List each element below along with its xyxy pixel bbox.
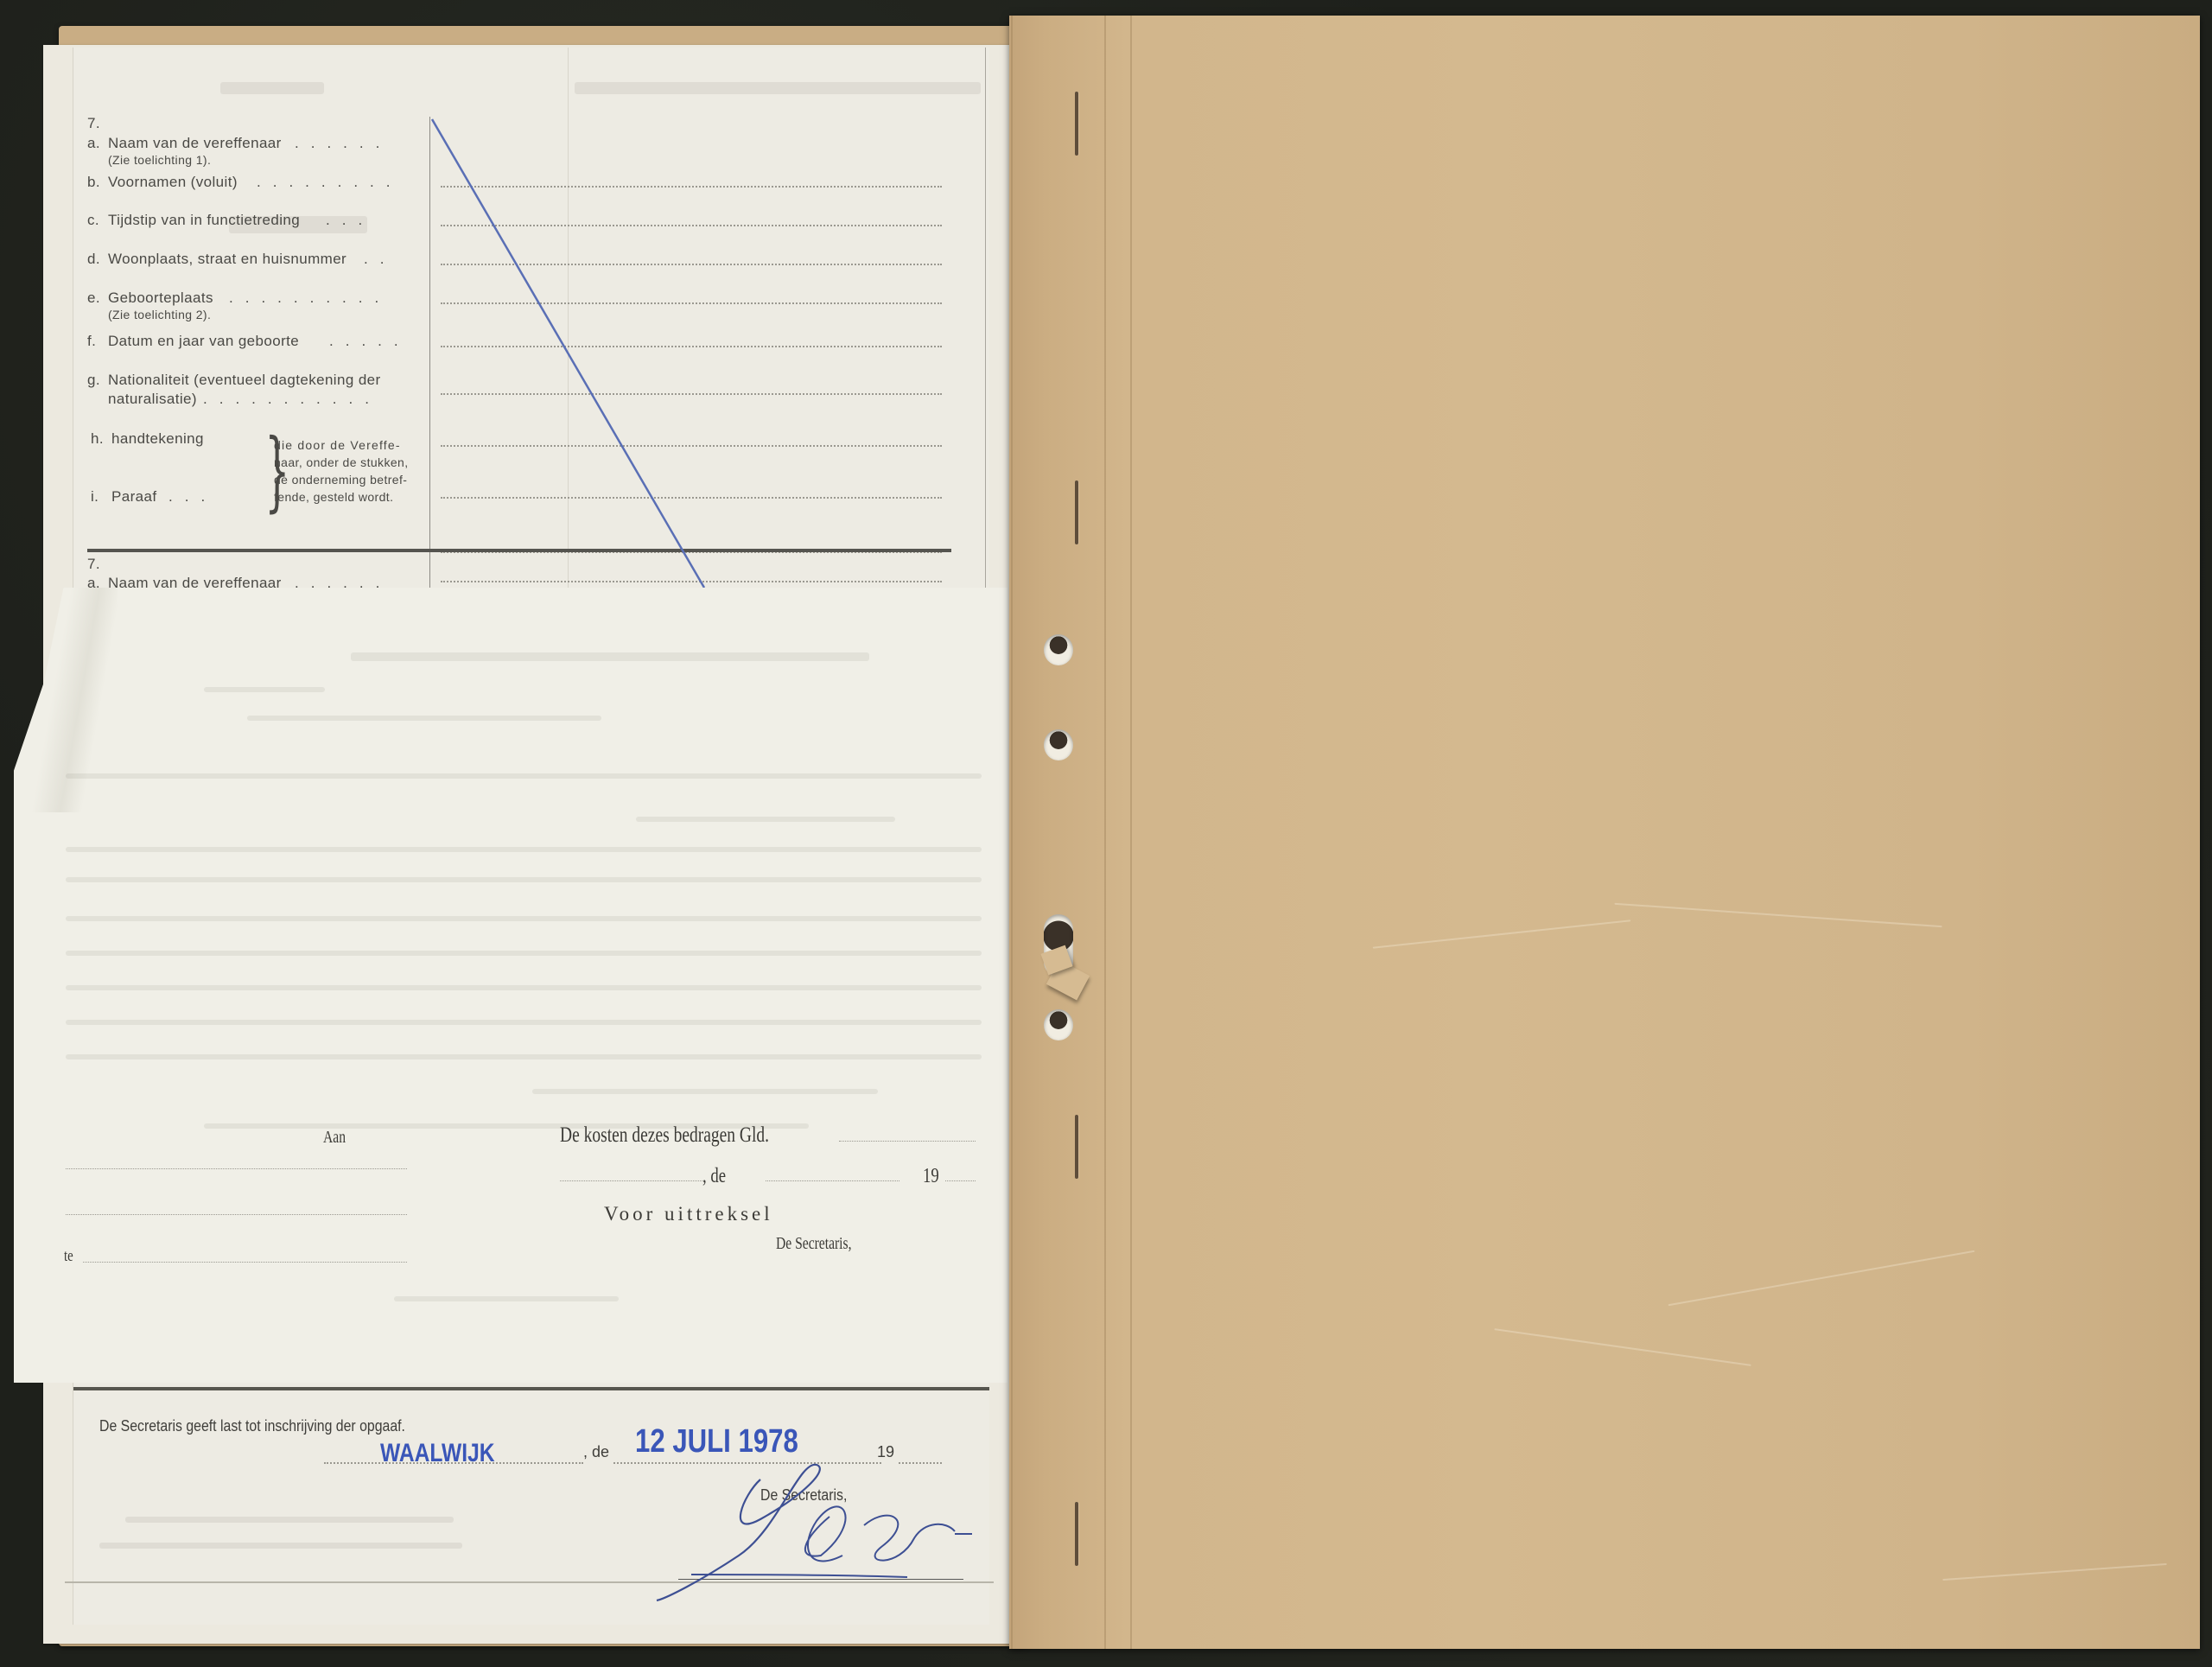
item-e-note: (Zie toelichting 2). bbox=[108, 308, 211, 321]
field-g-line[interactable] bbox=[441, 445, 942, 447]
leader-dots: ........... bbox=[203, 391, 381, 408]
item-h-letter: h. bbox=[91, 430, 104, 448]
leader-dots: ... bbox=[326, 212, 374, 229]
fold-line bbox=[1011, 16, 1013, 1649]
date-separator: , de bbox=[702, 1165, 726, 1188]
fold-line bbox=[1104, 16, 1106, 1649]
leader-dots: ......... bbox=[257, 174, 403, 191]
brace-note-4: fende, gesteld wordt. bbox=[274, 490, 393, 504]
ghost-line bbox=[99, 1543, 462, 1549]
extract-letter-sheet: Aan te De kosten dezes bedragen Gld. , d… bbox=[14, 588, 1007, 1383]
registration-date-sep: , de bbox=[583, 1443, 609, 1461]
year-line[interactable] bbox=[899, 1462, 942, 1464]
secretaris-label: De Secretaris, bbox=[776, 1234, 851, 1254]
ghost-line bbox=[66, 847, 982, 852]
item-g-label-line2: naturalisatie) bbox=[108, 391, 197, 408]
ghost-header bbox=[575, 82, 981, 94]
column-divider bbox=[429, 117, 430, 609]
date-stamp: 12 JULI 1978 bbox=[635, 1423, 798, 1460]
field-d-line[interactable] bbox=[441, 302, 942, 304]
field-b-line[interactable] bbox=[441, 225, 942, 226]
place-field-line[interactable] bbox=[560, 1180, 702, 1181]
registration-instruction: De Secretaris geeft last tot inschrijvin… bbox=[99, 1417, 405, 1435]
punch-hole bbox=[1044, 634, 1073, 665]
field-h-line[interactable] bbox=[441, 497, 942, 499]
paper-crease bbox=[1373, 919, 1631, 948]
date-line[interactable] bbox=[613, 1462, 881, 1464]
ghost-line bbox=[66, 916, 982, 921]
item-a-label: Naam van de vereffenaar bbox=[108, 135, 282, 152]
address-line-1[interactable] bbox=[66, 1168, 407, 1169]
leader-dots: ...... bbox=[295, 135, 391, 152]
year-prefix: 19 bbox=[923, 1165, 939, 1188]
costs-label: De kosten dezes bedragen Gld. bbox=[560, 1123, 769, 1148]
staple-upper bbox=[1075, 480, 1078, 544]
staple-lower bbox=[1075, 1115, 1078, 1179]
item-g-label: Nationaliteit (eventueel dagtekening der bbox=[108, 372, 381, 389]
ghost-line bbox=[66, 985, 982, 990]
ghost-line bbox=[247, 716, 601, 721]
costs-amount-line[interactable] bbox=[839, 1141, 976, 1142]
leader-dots: ... bbox=[168, 488, 217, 506]
item-d-label: Woonplaats, straat en huisnummer bbox=[108, 251, 346, 268]
paper-crease bbox=[1614, 903, 1942, 928]
leader-dots: .. bbox=[364, 251, 396, 268]
registration-secretaris: De Secretaris, bbox=[760, 1486, 847, 1505]
registration-year-prefix: 19 bbox=[877, 1443, 894, 1461]
ghost-line bbox=[394, 1296, 619, 1301]
brace-note-2: naar, onder de stukken, bbox=[274, 455, 409, 469]
signature-line bbox=[678, 1579, 963, 1580]
right-margin-line bbox=[985, 48, 986, 609]
punch-hole bbox=[1044, 1009, 1073, 1040]
field-a-line[interactable] bbox=[441, 186, 942, 188]
item-a-note: (Zie toelichting 1). bbox=[108, 153, 211, 167]
item-e-letter: e. bbox=[87, 289, 100, 307]
aan-label: Aan bbox=[323, 1128, 346, 1148]
ghost-line bbox=[66, 1020, 982, 1025]
address-line-te[interactable] bbox=[83, 1262, 407, 1263]
item-d-letter: d. bbox=[87, 251, 100, 268]
ghost-line bbox=[351, 652, 869, 661]
item-b-label: Voornamen (voluit) bbox=[108, 174, 238, 191]
section-divider bbox=[87, 549, 951, 552]
item-f-label: Datum en jaar van geboorte bbox=[108, 333, 299, 350]
paper-crease bbox=[1669, 1250, 1975, 1306]
item-i-letter: i. bbox=[91, 488, 99, 506]
date-field-line[interactable] bbox=[766, 1180, 899, 1181]
ghost-line bbox=[532, 1089, 878, 1094]
paper-crease bbox=[1494, 1328, 1751, 1366]
ghost-line bbox=[66, 773, 982, 779]
item-c-label: Tijdstip van in functietreding bbox=[108, 212, 300, 229]
year-field-line[interactable] bbox=[945, 1180, 976, 1181]
ghost-line bbox=[66, 1054, 982, 1059]
voor-uittreksel: Voor uittreksel bbox=[604, 1203, 773, 1225]
item-i-label: Paraaf bbox=[111, 488, 157, 506]
brace-note-1: die door de Vereffe- bbox=[274, 438, 401, 452]
item-g-letter: g. bbox=[87, 372, 100, 389]
punch-hole bbox=[1044, 729, 1073, 760]
fold-line bbox=[1130, 16, 1132, 1649]
item-e-label: Geboorteplaats bbox=[108, 289, 213, 307]
item-b-letter: b. bbox=[87, 174, 100, 191]
sheet-bottom-edge bbox=[65, 1581, 994, 1583]
faint-fold-line bbox=[568, 48, 569, 627]
folder-cover bbox=[1009, 16, 2200, 1649]
field-e-line[interactable] bbox=[441, 346, 942, 347]
section-number: 7. bbox=[87, 115, 100, 132]
item-h-label: handtekening bbox=[111, 430, 204, 448]
field-c-line[interactable] bbox=[441, 264, 942, 265]
ghost-line bbox=[636, 817, 895, 822]
item-f-letter: f. bbox=[87, 333, 96, 350]
repeat-field-a-line[interactable] bbox=[441, 581, 942, 582]
ghost-line bbox=[204, 687, 325, 692]
leader-dots: .......... bbox=[229, 289, 391, 307]
brace-note-3: de onderneming betref- bbox=[274, 473, 407, 487]
leader-dots: ..... bbox=[329, 333, 410, 350]
item-c-letter: c. bbox=[87, 212, 99, 229]
registration-divider bbox=[73, 1387, 989, 1390]
ghost-line bbox=[66, 951, 982, 956]
item-a-letter: a. bbox=[87, 135, 100, 152]
field-f-line[interactable] bbox=[441, 393, 942, 395]
paper-crease bbox=[1942, 1563, 2167, 1581]
ghost-line bbox=[66, 877, 982, 882]
ghost-line bbox=[125, 1517, 454, 1523]
section-number-repeat: 7. bbox=[87, 556, 100, 573]
ghost-place bbox=[220, 82, 324, 94]
staple-bottom bbox=[1075, 1502, 1078, 1566]
staple-top bbox=[1075, 92, 1078, 156]
address-line-2[interactable] bbox=[66, 1214, 407, 1215]
te-label: te bbox=[64, 1247, 73, 1266]
place-stamp: WAALWIJK bbox=[380, 1439, 495, 1468]
